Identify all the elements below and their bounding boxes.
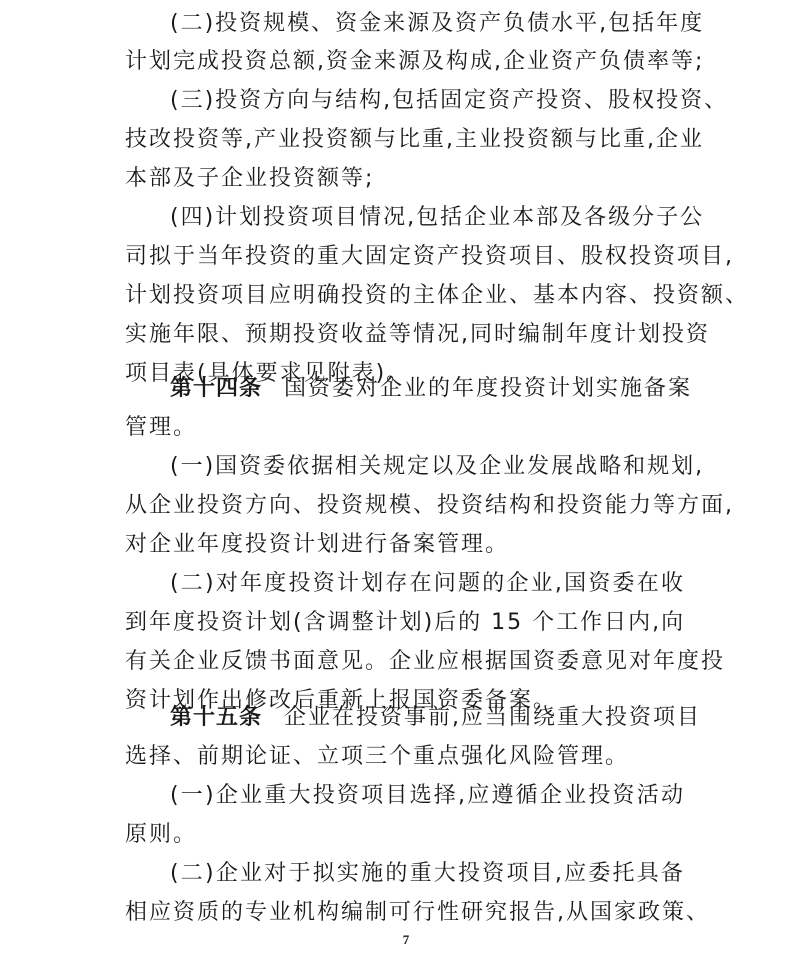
paragraph-line: 实施年限、预期投资收益等情况,同时编制年度计划投资: [125, 318, 685, 352]
page-number: 7: [398, 932, 414, 948]
paragraph-line: 本部及子企业投资额等;: [125, 162, 685, 196]
paragraph-line: 选择、前期论证、立项三个重点强化风险管理。: [125, 740, 685, 774]
paragraph-line: 对企业年度投资计划进行备案管理。: [125, 528, 685, 562]
paragraph-line: 相应资质的专业机构编制可行性研究报告,从国家政策、: [125, 896, 685, 930]
article-text: 企业在投资事前,应当围绕重大投资项目: [284, 705, 701, 730]
paragraph-line: (四)计划投资项目情况,包括企业本部及各级分子公: [170, 201, 685, 235]
paragraph-line: 管理。: [125, 411, 685, 445]
paragraph-line: 原则。: [125, 818, 685, 852]
paragraph-line: 到年度投资计划(含调整计划)后的 15 个工作日内,向: [125, 606, 685, 640]
paragraph-line: (二)投资规模、资金来源及资产负债水平,包括年度: [170, 7, 685, 41]
paragraph-line: (三)投资方向与结构,包括固定资产投资、股权投资、: [170, 84, 685, 118]
paragraph-line: 计划完成投资总额,资金来源及构成,企业资产负债率等;: [125, 45, 685, 79]
paragraph-line: 从企业投资方向、投资规模、投资结构和投资能力等方面,: [125, 489, 685, 523]
article-line: 第十五条企业在投资事前,应当围绕重大投资项目: [170, 701, 685, 735]
paragraph-line: (一)企业重大投资项目选择,应遵循企业投资活动: [170, 779, 685, 813]
paragraph-line: 有关企业反馈书面意见。企业应根据国资委意见对年度投: [125, 645, 685, 679]
paragraph-line: 技改投资等,产业投资额与比重,主业投资额与比重,企业: [125, 123, 685, 157]
paragraph-line: (二)对年度投资计划存在问题的企业,国资委在收: [170, 567, 685, 601]
paragraph-line: 司拟于当年投资的重大固定资产投资项目、股权投资项目,: [125, 240, 685, 274]
paragraph-line: (二)企业对于拟实施的重大投资项目,应委托具备: [170, 857, 685, 891]
paragraph-line: (一)国资委依据相关规定以及企业发展战略和规划,: [170, 450, 685, 484]
paragraph-line: 计划投资项目应明确投资的主体企业、基本内容、投资额、: [125, 279, 685, 313]
article-text: 国资委对企业的年度投资计划实施备案: [284, 376, 692, 401]
document-page: (二)投资规模、资金来源及资产负债水平,包括年度 计划完成投资总额,资金来源及构…: [0, 0, 800, 962]
article-heading: 第十五条: [170, 705, 262, 730]
article-heading: 第十四条: [170, 376, 262, 401]
article-line: 第十四条国资委对企业的年度投资计划实施备案: [170, 372, 685, 406]
